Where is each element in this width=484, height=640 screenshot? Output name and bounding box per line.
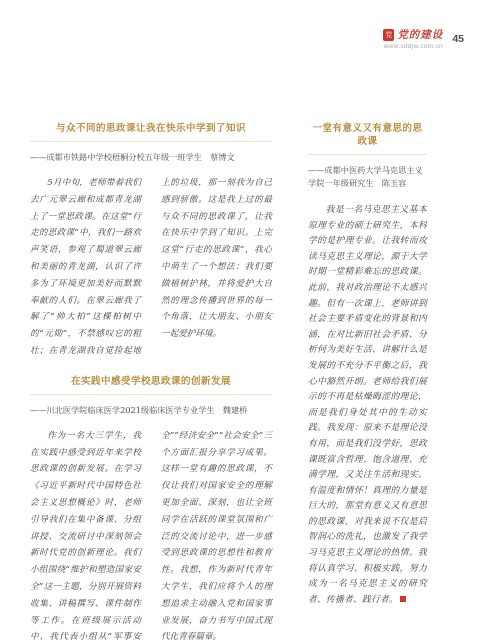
article-2-byline: ——川北医学院临床医学2021级临床医学专业学生 魏建桥 <box>30 404 272 417</box>
brand-script-text: 党的建设 <box>397 27 443 42</box>
article-2-paragraph: 作为一名大三学生，我在实践中感受到近年来学校思政课的创新发展。在学习《习近平新时… <box>30 428 272 640</box>
article-2-body: 作为一名大三学生，我在实践中感受到近年来学校思政课的创新发展。在学习《习近平新时… <box>30 428 272 640</box>
article-2-title: 在实践中感受学校思政课的创新发展 <box>30 375 272 388</box>
article-1-byline: ——成都市铁路中学校梧桐分校五年级一班学生 蔡博文 <box>30 151 272 164</box>
article-3-body: 我是一名马克思主义基本原理专业的硕士研究生，本科学的是护理专业。让我转而攻读马克… <box>308 203 427 608</box>
brand-url-text: www.sddjw.com.cn <box>384 43 443 50</box>
left-column: 与众不同的思政课让我在快乐中学到了知识 ——成都市铁路中学校梧桐分校五年级一班学… <box>30 122 272 640</box>
article-1-title: 与众不同的思政课让我在快乐中学到了知识 <box>30 122 272 135</box>
article-1-body: 5月中旬，老师带着我们去广元翠云廊和成都青龙湖上了一堂思政课。在这堂“行走的思政… <box>30 175 272 360</box>
page-number: 45 <box>452 33 464 45</box>
right-column: 一堂有意义又有意思的思政课 ——成都中医药大学马克思主义学院一年级研究生 陈玉容… <box>308 122 427 608</box>
article-3-paragraph: 我是一名马克思主义基本原理专业的硕士研究生，本科学的是护理专业。让我转而攻读马克… <box>308 203 427 608</box>
article-3-title-divider <box>308 154 427 155</box>
article-3-title: 一堂有意义又有意思的思政课 <box>308 122 427 148</box>
magazine-page: 党 党的建设 www.sddjw.com.cn 45 与众不同的思政课让我在快乐… <box>0 0 484 640</box>
page-header: 党 党的建设 www.sddjw.com.cn 45 <box>383 27 464 50</box>
brand-logo-row: 党 党的建设 <box>383 27 443 42</box>
article-1: 与众不同的思政课让我在快乐中学到了知识 ——成都市铁路中学校梧桐分校五年级一班学… <box>30 122 272 360</box>
brand-logo: 党 党的建设 www.sddjw.com.cn <box>383 27 443 50</box>
article-1-paragraph: 5月中旬，老师带着我们去广元翠云廊和成都青龙湖上了一堂思政课。在这堂“行走的思政… <box>30 175 272 360</box>
article-3-byline: ——成都中医药大学马克思主义学院一年级研究生 陈玉容 <box>308 164 427 190</box>
article-3: 一堂有意义又有意思的思政课 ——成都中医药大学马克思主义学院一年级研究生 陈玉容… <box>308 122 427 608</box>
article-1-title-divider <box>30 141 272 142</box>
brand-seal-icon: 党 <box>383 29 394 41</box>
article-end-mark-icon <box>400 596 406 602</box>
article-2: 在实践中感受学校思政课的创新发展 ——川北医学院临床医学2021级临床医学专业学… <box>30 375 272 640</box>
article-2-title-divider <box>30 394 272 395</box>
article-3-text: 我是一名马克思主义基本原理专业的硕士研究生，本科学的是护理专业。让我转而攻读马克… <box>308 205 427 605</box>
